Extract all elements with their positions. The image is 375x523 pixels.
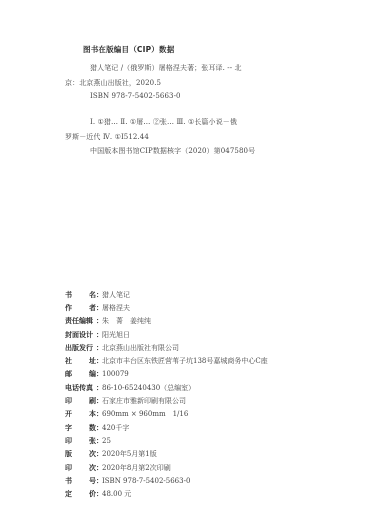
row-label: 印次: [65, 463, 96, 473]
copyright-page: 图书在版编目（CIP）数据 猎人笔记 /（俄罗斯）屠格涅夫著；张耳译. -- 北…: [0, 0, 375, 523]
colophon-row-phone-fax: 电话传真 ： 86-10-65240430（总编室）: [65, 381, 268, 394]
colophon-row-word-count: 字数 ： 420千字: [65, 421, 268, 434]
colophon-row-price: 定价 ： 48.00 元: [65, 487, 268, 500]
row-label: 责任编辑: [65, 316, 96, 326]
row-value: 420千字: [102, 423, 129, 433]
cip-entry-line-1: 猎人笔记 /（俄罗斯）屠格涅夫著；张耳译. -- 北: [90, 63, 242, 73]
colophon-row-isbn: 书号 ： ISBN 978-7-5402-5663-0: [65, 474, 268, 487]
colophon-row-address: 社址 ： 北京市丰台区东铁匠营苇子坑138号嘉城商务中心C座: [65, 354, 268, 367]
colophon-row-format: 开本 ： 690mm × 960mm 1/16: [65, 408, 268, 421]
cip-classification-line-2: 罗斯－近代 Ⅳ. ①I512.44: [65, 132, 149, 142]
cip-record-number: 中国版本图书馆CIP数据核字（2020）第047580号: [90, 146, 255, 156]
colophon-row-sheets: 印张 ： 25: [65, 434, 268, 447]
row-value: 石家庄市雅新印刷有限公司: [102, 396, 186, 406]
row-label: 作者: [65, 303, 96, 313]
cip-isbn: ISBN 978-7-5402-5663-0: [90, 92, 181, 100]
row-value: 朱 菁 姜纯纯: [102, 316, 151, 326]
row-value: 北京市丰台区东铁匠营苇子坑138号嘉城商务中心C座: [102, 356, 268, 366]
row-label: 出版发行: [65, 343, 96, 353]
row-label: 印刷: [65, 396, 96, 406]
row-label: 邮编: [65, 369, 96, 379]
colophon-row-title: 书名 ： 猎人笔记: [65, 288, 268, 301]
row-value: 屠格涅夫: [102, 303, 130, 313]
row-label: 电话传真: [65, 383, 96, 393]
colophon-row-publisher: 出版发行 ： 北京燕山出版社有限公司: [65, 341, 268, 354]
colophon-row-cover-design: 封面设计 ： 阳光旭日: [65, 328, 268, 341]
row-value: 86-10-65240430（总编室）: [102, 383, 195, 393]
row-value: 2020年5月第1版: [102, 449, 157, 459]
colophon-row-editor: 责任编辑 ： 朱 菁 姜纯纯: [65, 315, 268, 328]
row-value: 100079: [102, 370, 129, 378]
row-label: 书名: [65, 290, 96, 300]
row-value: ISBN 978-7-5402-5663-0: [102, 477, 190, 485]
row-label: 社址: [65, 356, 96, 366]
colophon-row-printing: 印次 ： 2020年8月第2次印刷: [65, 461, 268, 474]
cip-entry-line-2: 京：北京燕山出版社，2020.5: [65, 78, 161, 88]
row-value: 25: [102, 437, 111, 445]
row-label: 版次: [65, 449, 96, 459]
row-label: 定价: [65, 489, 96, 499]
colophon-row-author: 作者 ： 屠格涅夫: [65, 301, 268, 314]
colophon-row-edition: 版次 ： 2020年5月第1版: [65, 448, 268, 461]
row-label: 开本: [65, 409, 96, 419]
row-label: 书号: [65, 476, 96, 486]
colophon-row-printer: 印刷 ： 石家庄市雅新印刷有限公司: [65, 394, 268, 407]
row-label: 印张: [65, 436, 96, 446]
row-value: 阳光旭日: [102, 330, 130, 340]
row-value: 猎人笔记: [102, 290, 130, 300]
row-value: 690mm × 960mm 1/16: [102, 409, 188, 419]
row-value: 48.00 元: [102, 489, 131, 499]
cip-heading: 图书在版编目（CIP）数据: [83, 44, 174, 55]
cip-classification-line-1: Ⅰ. ①猎… Ⅱ. ①屠… ②张… Ⅲ. ①长篇小说－俄: [90, 117, 237, 127]
row-label: 封面设计: [65, 330, 96, 340]
colophon-row-postcode: 邮编 ： 100079: [65, 368, 268, 381]
row-label: 字数: [65, 423, 96, 433]
row-value: 北京燕山出版社有限公司: [102, 343, 179, 353]
row-value: 2020年8月第2次印刷: [102, 463, 171, 473]
colophon-table: 书名 ： 猎人笔记 作者 ： 屠格涅夫 责任编辑 ： 朱 菁 姜纯纯 封面设计 …: [65, 288, 268, 501]
